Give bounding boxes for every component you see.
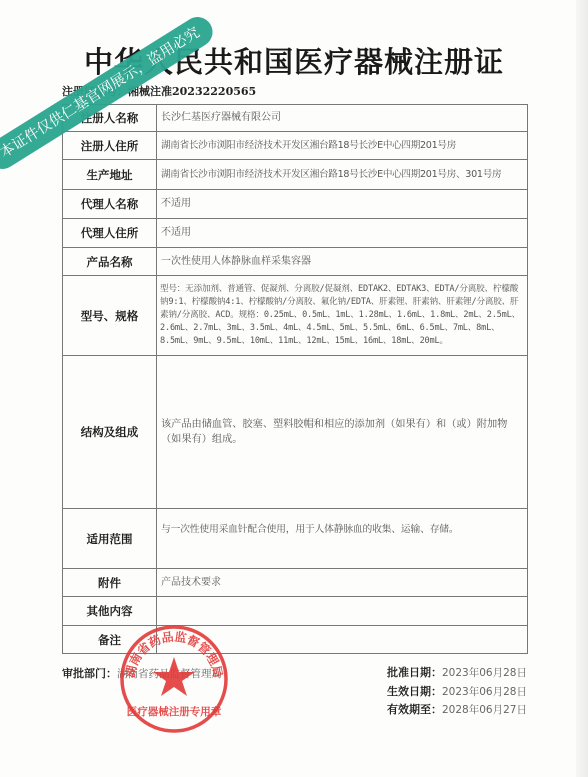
table-row-attachment: 附件 产品技术要求 <box>63 569 528 597</box>
row-value <box>157 597 528 626</box>
expiry-date-value: 2028年06月27日 <box>442 704 527 716</box>
certificate-table: 注册人名称 长沙仁基医疗器械有限公司 注册人住所 湖南省长沙市浏阳市经济技术开发… <box>62 104 528 654</box>
approval-date: 批准日期：2023年06月28日 <box>387 664 527 683</box>
effective-date-value: 2023年06月28日 <box>442 686 527 698</box>
table-row-registrant-name: 注册人名称 长沙仁基医疗器械有限公司 <box>63 105 528 132</box>
date-block: 批准日期：2023年06月28日 生效日期：2023年06月28日 有效期至：2… <box>387 664 527 720</box>
table-row-production-address: 生产地址 湖南省长沙市浏阳市经济技术开发区湘台路18号长沙E中心四期201号房、… <box>63 160 528 190</box>
table-row-model-spec: 型号、规格 型号：无添加剂、普通管、促凝剂、分离胶/促凝剂、EDTAK2、EDT… <box>63 276 528 356</box>
row-value: 型号：无添加剂、普通管、促凝剂、分离胶/促凝剂、EDTAK2、EDTAK3、ED… <box>157 276 528 356</box>
expiry-date-label: 有效期至： <box>387 703 442 716</box>
row-label: 结构及组成 <box>63 356 157 509</box>
table-row-structure: 结构及组成 该产品由储血管、胶塞、塑料胶帽和相应的添加剂（如果有）和（或）附加物… <box>63 356 528 509</box>
registration-number-value: 湘械注准20232220565 <box>128 85 256 98</box>
approval-date-value: 2023年06月28日 <box>442 667 527 679</box>
approval-date-label: 批准日期： <box>387 666 442 679</box>
table-row-other: 其他内容 <box>63 597 528 626</box>
table-row-agent-address: 代理人住所 不适用 <box>63 219 528 248</box>
effective-date: 生效日期：2023年06月28日 <box>387 683 527 702</box>
row-label: 产品名称 <box>63 248 157 276</box>
row-value: 不适用 <box>157 219 528 248</box>
row-value: 湖南省长沙市浏阳市经济技术开发区湘台路18号长沙E中心四期201号房 <box>157 132 528 160</box>
table-row-registrant-address: 注册人住所 湖南省长沙市浏阳市经济技术开发区湘台路18号长沙E中心四期201号房 <box>63 132 528 160</box>
row-label: 附件 <box>63 569 157 597</box>
row-label: 其他内容 <box>63 597 157 626</box>
page-edge-shadow <box>576 0 588 777</box>
row-value: 湖南省长沙市浏阳市经济技术开发区湘台路18号长沙E中心四期201号房、301号房 <box>157 160 528 190</box>
row-value: 与一次性使用采血针配合使用，用于人体静脉血的收集、运输、存储。 <box>157 509 528 569</box>
official-seal-stamp: 湖南省药品监督管理局 医疗器械注册专用章 <box>118 623 230 733</box>
row-value: 一次性使用人体静脉血样采集容器 <box>157 248 528 276</box>
department-label: 审批部门： <box>62 667 117 680</box>
row-label: 生产地址 <box>63 160 157 190</box>
effective-date-label: 生效日期： <box>387 685 442 698</box>
table-row-agent-name: 代理人名称 不适用 <box>63 190 528 219</box>
table-row-scope: 适用范围 与一次性使用采血针配合使用，用于人体静脉血的收集、运输、存储。 <box>63 509 528 569</box>
row-label: 型号、规格 <box>63 276 157 356</box>
seal-inner-text: 医疗器械注册专用章 <box>127 705 222 718</box>
star-icon <box>153 657 195 696</box>
row-label: 代理人名称 <box>63 190 157 219</box>
row-value: 长沙仁基医疗器械有限公司 <box>157 105 528 132</box>
row-label: 注册人住所 <box>63 132 157 160</box>
row-value: 不适用 <box>157 190 528 219</box>
row-value: 产品技术要求 <box>157 569 528 597</box>
table-row-product-name: 产品名称 一次性使用人体静脉血样采集容器 <box>63 248 528 276</box>
certificate-title: 中华人民共和国医疗器械注册证 <box>0 40 588 81</box>
row-label: 代理人住所 <box>63 219 157 248</box>
row-label: 适用范围 <box>63 509 157 569</box>
expiry-date: 有效期至：2028年06月27日 <box>387 701 527 720</box>
row-value: 该产品由储血管、胶塞、塑料胶帽和相应的添加剂（如果有）和（或）附加物（如果有）组… <box>157 356 528 509</box>
